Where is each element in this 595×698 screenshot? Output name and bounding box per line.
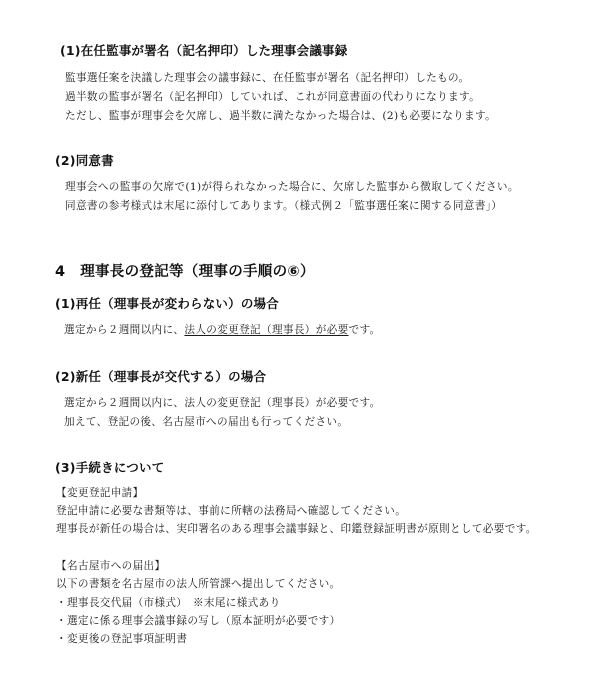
reappointment-line-prefix: 選定から２週間以内に、 bbox=[64, 324, 184, 336]
registration-label: 【変更登記申請】 bbox=[56, 484, 144, 503]
section-2-line-1: 理事会への監事の欠席で(1)が得られなかった場合に、欠席した監事から徴取してくだ… bbox=[65, 178, 519, 197]
city-notification-item-3: ・変更後の登記事項証明書 bbox=[56, 630, 187, 649]
city-notification-intro: 以下の書類を名古屋市の法人所管課へ提出してください。 bbox=[56, 575, 341, 594]
registration-line-1: 登記申請に必要な書類等は、事前に所轄の法務局へ確認してください。 bbox=[56, 502, 406, 521]
city-notification-item-1: ・理事長交代届（市様式） ※末尾に様式あり bbox=[56, 594, 281, 613]
section-2-line-2: 同意書の参考様式は末尾に添付してあります。（様式例２「監事選任案に関する同意書」… bbox=[65, 197, 502, 216]
section-1-line-2: 過半数の監事が署名（記名押印）していれば、これが同意書面の代わりになります。 bbox=[65, 88, 480, 107]
reappointment-heading: (1)再任（理事長が変わらない）の場合 bbox=[55, 294, 279, 312]
new-appointment-heading: (2)新任（理事長が交代する）の場合 bbox=[55, 367, 266, 385]
registration-line-2: 理事長が新任の場合は、実印署名のある理事会議事録と、印鑑登録証明書が原則として必… bbox=[56, 520, 537, 539]
section-1-line-3: ただし、監事が理事会を欠席し、過半数に満たなかった場合は、(2)も必要になります… bbox=[65, 107, 496, 126]
procedures-heading: (3)手続きについて bbox=[55, 458, 164, 476]
section-1-line-1: 監事選任案を決議した理事会の議事録に、在任監事が署名（記名押印）したもの。 bbox=[65, 69, 470, 88]
reappointment-line: 選定から２週間以内に、法人の変更登記（理事長）が必要です。 bbox=[64, 321, 381, 340]
new-appointment-line-1: 選定から２週間以内に、法人の変更登記（理事長）が必要です。 bbox=[64, 394, 381, 413]
city-notification-item-2: ・選定に係る理事会議事録の写し（原本証明が必要です） bbox=[56, 612, 341, 631]
section-2-heading: (2)同意書 bbox=[55, 151, 114, 169]
new-appointment-line-2: 加えて、登記の後、名古屋市への届出も行ってください。 bbox=[64, 413, 348, 432]
reappointment-line-underlined: 法人の変更登記（理事長）が必要 bbox=[184, 324, 348, 336]
chapter-4-heading: 4 理事長の登記等（理事の手順の⑥） bbox=[55, 260, 315, 281]
section-1-heading: (1)在任監事が署名（記名押印）した理事会議事録 bbox=[60, 41, 347, 59]
reappointment-line-suffix: です。 bbox=[349, 324, 381, 336]
city-notification-label: 【名古屋市への届出】 bbox=[56, 557, 165, 576]
